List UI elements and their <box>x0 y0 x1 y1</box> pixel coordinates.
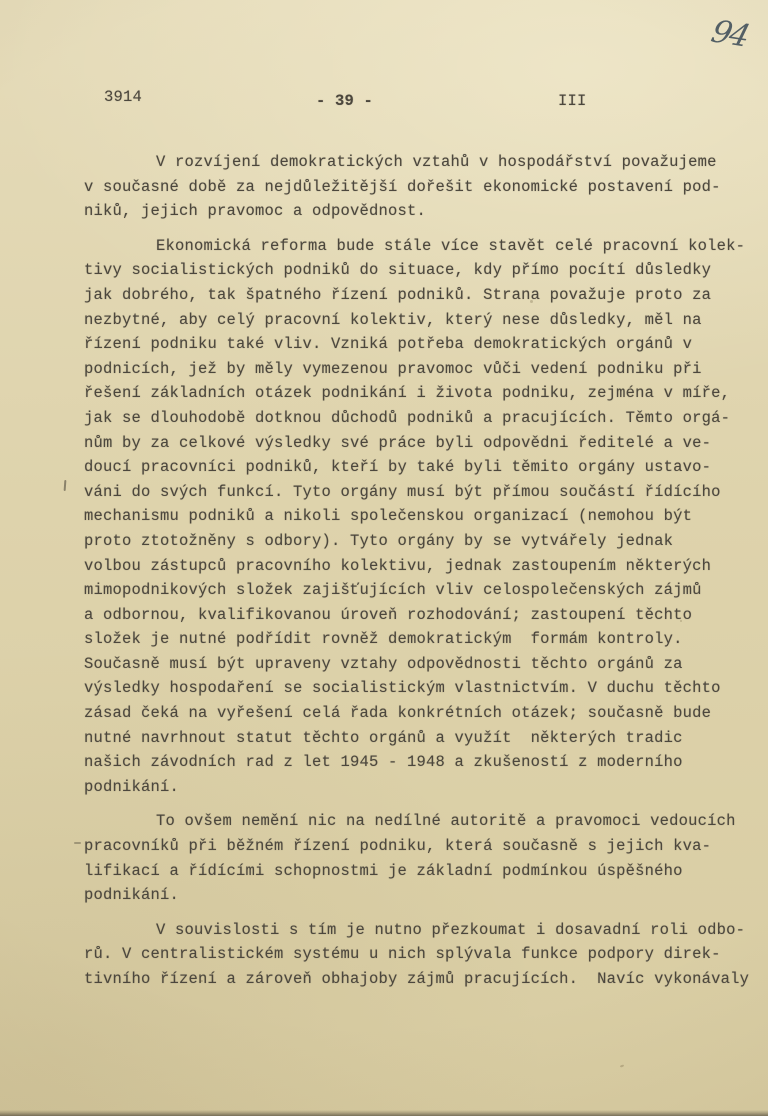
scanned-document-page: 94 3914 - 39 - III V rozvíjení demokrati… <box>0 0 768 1116</box>
page-number: - 39 - <box>316 92 373 110</box>
paper-speck <box>620 1064 624 1067</box>
handwritten-page-number: 94 <box>708 14 752 55</box>
page-header: 3914 - 39 - III <box>0 88 768 112</box>
scan-bottom-edge <box>0 1110 768 1116</box>
paper-speck <box>530 300 533 303</box>
paragraph-4: V souvislosti s tím je nutno přezkoumat … <box>84 918 766 992</box>
stray-ink-tick <box>64 480 67 491</box>
paragraph-3: To ovšem nemění nic na nedílné autoritě … <box>84 809 766 907</box>
paper-speck <box>200 980 203 982</box>
paragraph-1: V rozvíjení demokratických vztahů v hosp… <box>84 150 766 224</box>
document-number: 3914 <box>104 88 142 106</box>
paper-speck <box>680 620 682 622</box>
chapter-numeral: III <box>558 92 587 110</box>
paragraph-2: Ekonomická reforma bude stále více stavě… <box>84 234 766 800</box>
stray-ink-dash <box>74 842 81 844</box>
document-body: V rozvíjení demokratických vztahů v hosp… <box>84 150 766 1002</box>
